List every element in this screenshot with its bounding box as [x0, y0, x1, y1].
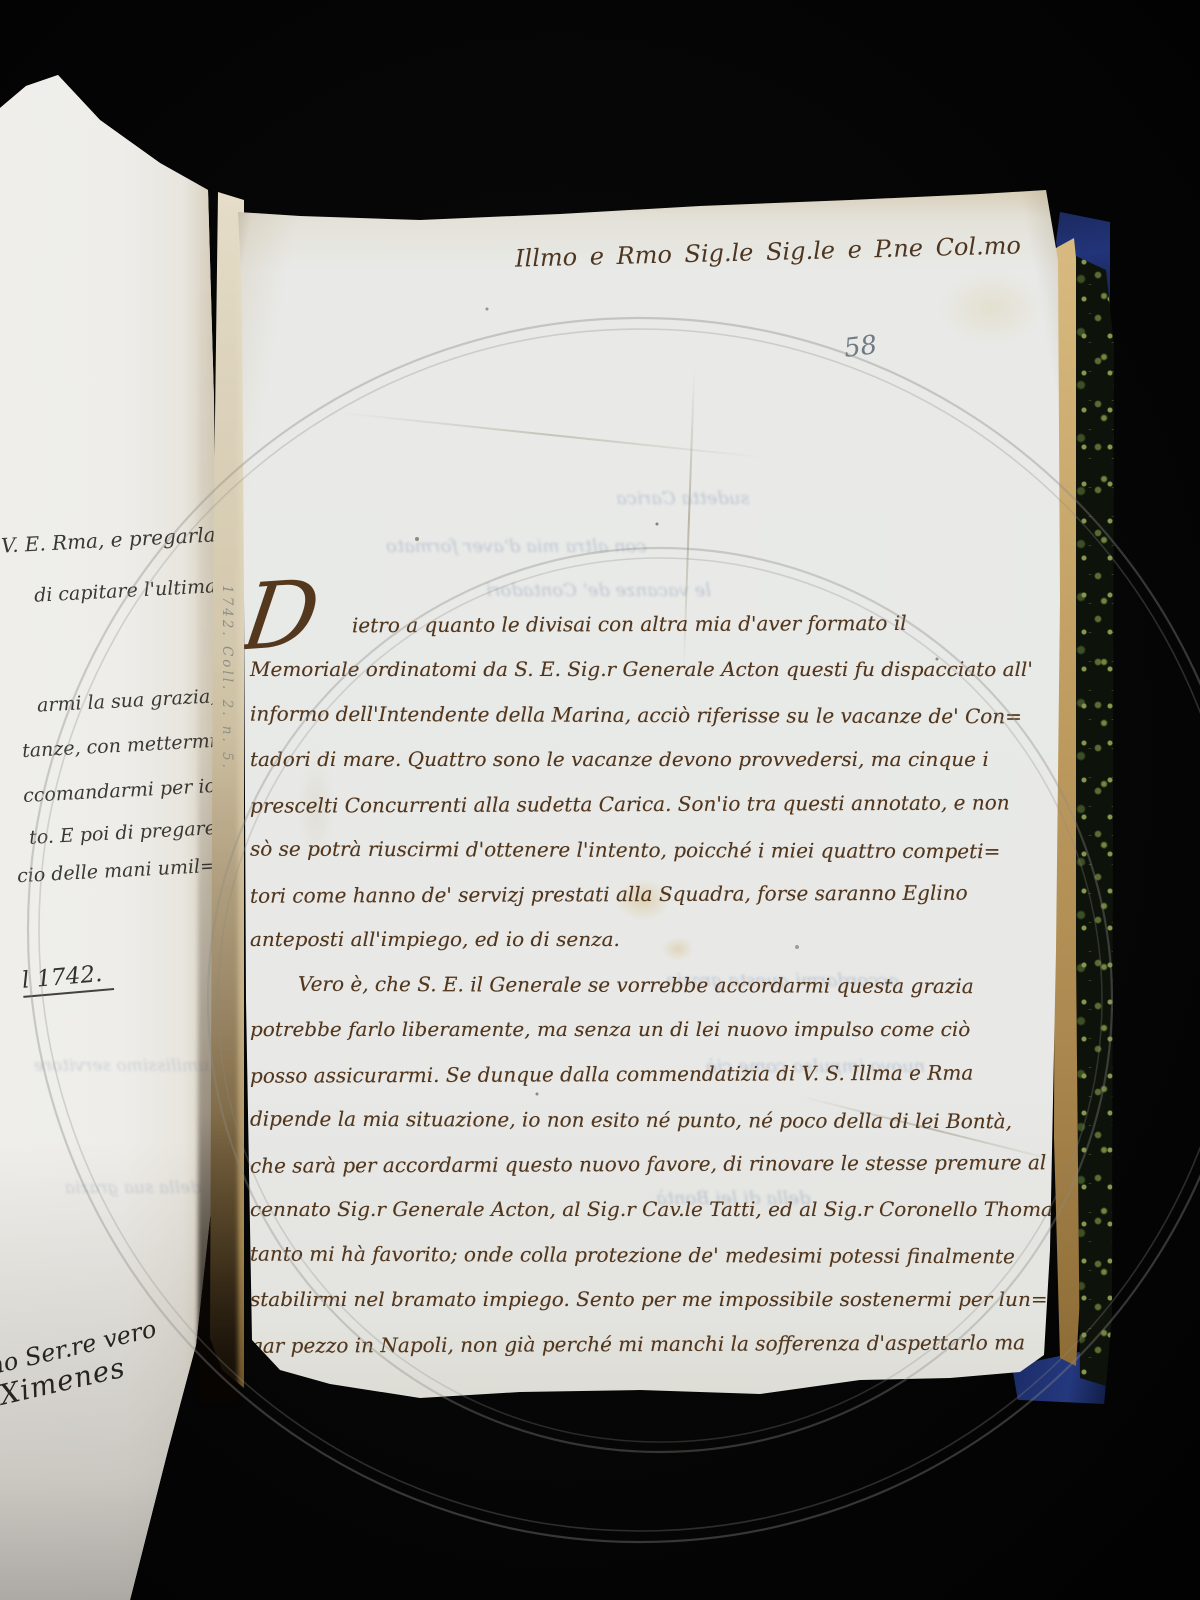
facing-page-fragment: armi la sua grazia,	[36, 685, 216, 716]
paper-stain	[936, 268, 1046, 348]
facing-page-fragment: V. E. Rma, e pregarla	[1, 522, 217, 557]
manuscript-photo: V. E. Rma, e pregarla di capitare l'ulti…	[0, 0, 1200, 1600]
letter-line: posso assicurarmi. Se dunque dalla comme…	[250, 1050, 1054, 1099]
letter-line: gar pezzo in Napoli, non già perché mi m…	[250, 1320, 1054, 1369]
letter-line: stabilirmi nel bramato impiego. Sento pe…	[250, 1277, 1054, 1322]
fold-shelfmark-note: 1742. Coll. 2. n. 5.	[211, 585, 235, 1005]
letter-salutation: Illmo e Rmo Sig.le Sig.le e P.ne Col.mo	[480, 230, 1057, 273]
facing-page-fragment: to. E poi di pregare	[29, 817, 217, 849]
signature-line: Ximenes	[0, 1326, 236, 1414]
marbled-cover	[1076, 256, 1114, 1386]
facing-page: V. E. Rma, e pregarla di capitare l'ulti…	[0, 68, 224, 1600]
letter-line: ietro a quanto le divisai con altra mia …	[250, 600, 1054, 649]
letter-line: tadori di mare. Quattro sono le vacanze …	[250, 737, 1054, 782]
letter-line: cennato Sig.r Generale Acton, al Sig.r C…	[250, 1187, 1054, 1232]
facing-page-fragment: ccomandarmi per io	[22, 775, 216, 807]
folio-number: 58	[842, 330, 879, 364]
letter-body: ietro a quanto le divisai con altra mia …	[250, 602, 1054, 1367]
letter-line: che sarà per accordarmi questo nuovo fav…	[250, 1140, 1054, 1189]
ink-showthrough: le vacanze de' Contadori	[486, 580, 711, 601]
facing-page-fragment: tanze, con mettermi	[22, 730, 217, 762]
paper-crease	[337, 412, 765, 459]
facing-page-fragment: cio delle mani umil=	[16, 855, 216, 887]
letter-line: tanto mi hà favorito; onde colla protezi…	[250, 1232, 1054, 1280]
ink-specks	[236, 188, 238, 190]
letter-line: tori come hanno de' servizj prestati all…	[250, 870, 1054, 919]
letter-line: prescelti Concurrenti alla sudetta Caric…	[250, 780, 1054, 829]
letter-line: dipende la mia situazione, io non esito …	[250, 1097, 1054, 1145]
ink-showthrough: della sua grazia	[26, 1178, 201, 1198]
letter-line: anteposti all'impiego, ed io di senza.	[250, 917, 1054, 962]
signature-line: mo Ser.re vero	[0, 1299, 228, 1383]
ink-showthrough: sudetta Carica	[616, 488, 750, 509]
date-note: l 1742.	[21, 960, 114, 998]
letter-line: informo dell'Intendente della Marina, ac…	[250, 692, 1054, 740]
letter-line: Vero è, che S. E. il Generale se vorrebb…	[250, 962, 1054, 1010]
letter-line: sò se potrà riuscirmi d'ottenere l'inten…	[250, 827, 1054, 875]
letter-page: con altra mia d'aver formato le vacanze …	[236, 188, 1066, 1406]
signature: mo Ser.re vero Ximenes	[0, 1299, 236, 1415]
ink-showthrough: umilissimo servitore	[14, 1056, 209, 1076]
letter-line: potrebbe farlo liberamente, ma senza un …	[250, 1007, 1054, 1052]
facing-page-fragment: di capitare l'ultima	[33, 575, 216, 607]
ink-showthrough: con altra mia d'aver formato	[386, 536, 647, 557]
letter-line: Memoriale ordinatomi da S. E. Sig.r Gene…	[250, 647, 1054, 692]
